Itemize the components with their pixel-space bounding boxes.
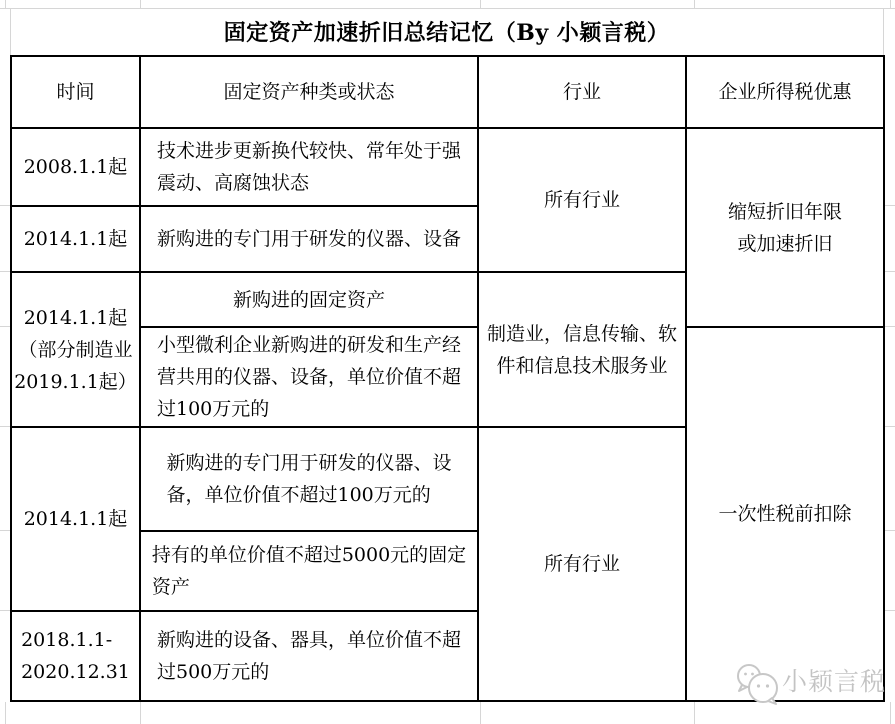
cell-text: 所有行业 [544, 548, 620, 580]
cell-time-2008: 2008.1.1起 [11, 128, 140, 206]
col-header-industry: 行业 [478, 56, 686, 128]
gridline [885, 530, 895, 531]
gridline [0, 530, 10, 531]
cell-text: 持有的单位价值不超过5000元的固定 资产 [152, 539, 466, 603]
cell-text: 缩短折旧年限 或加速折旧 [728, 196, 842, 260]
gridline [885, 610, 895, 611]
cell-text: 技术进步更新换代较快、常年处于强 震动、高腐蚀状态 [157, 135, 461, 199]
gridline [140, 702, 141, 724]
cell-text: 2014.1.1起 [24, 223, 128, 255]
cell-asset-small-company: 小型微利企业新购进的研发和生产经 营共用的仪器、设备，单位价值不超 过100万元… [140, 327, 478, 427]
cell-text: 新购进的固定资产 [233, 284, 385, 316]
cell-text: 2014.1.1起 （部分制造业 2019.1.1起） [14, 302, 137, 398]
table-title: 固定资产加速折旧总结记忆（By 小颖言税） [10, 8, 883, 55]
gridline [885, 271, 895, 272]
gridline [890, 702, 891, 724]
cell-time-2018-2020: 2018.1.1- 2020.12.31 [11, 611, 140, 701]
cell-text: 新购进的专门用于研发的仪器、设备 [157, 223, 461, 255]
cell-asset-under-5000: 持有的单位价值不超过5000元的固定 资产 [140, 531, 478, 611]
gridline [5, 0, 6, 8]
cell-time-2014-a: 2014.1.1起 [11, 206, 140, 272]
col-header-time: 时间 [11, 56, 140, 128]
col-header-asset: 固定资产种类或状态 [140, 56, 478, 128]
cell-industry-mfg-it: 制造业，信息传输、软 件和信息技术服务业 [478, 272, 686, 427]
gridline [0, 610, 10, 611]
cell-text: 2014.1.1起 [24, 503, 128, 535]
col-header-industry-label: 行业 [563, 76, 601, 108]
gridline [0, 426, 10, 427]
cell-asset-tech-obsolete: 技术进步更新换代较快、常年处于强 震动、高腐蚀状态 [140, 128, 478, 206]
header-row: 时间 固定资产种类或状态 行业 企业所得税优惠 [11, 56, 884, 128]
cell-text: 新购进的设备、器具，单位价值不超 过500万元的 [157, 624, 461, 688]
cell-benefit-onetime: 一次性税前扣除 [686, 327, 884, 701]
gridline [885, 205, 895, 206]
cell-text: 2008.1.1起 [24, 151, 128, 183]
gridline [0, 271, 10, 272]
gridline [694, 702, 695, 724]
cell-time-2014-b: 2014.1.1起 [11, 427, 140, 611]
cell-asset-rd-equipment: 新购进的专门用于研发的仪器、设备 [140, 206, 478, 272]
gridline [140, 0, 141, 8]
gridline [0, 326, 10, 327]
gridline [885, 426, 895, 427]
cell-text: 新购进的专门用于研发的仪器、设 备，单位价值不超过100万元的 [166, 447, 451, 511]
cell-text: 2018.1.1- 2020.12.31 [21, 624, 130, 688]
cell-industry-all-top: 所有行业 [478, 128, 686, 272]
cell-time-2014-mfg: 2014.1.1起 （部分制造业 2019.1.1起） [11, 272, 140, 427]
col-header-benefit-label: 企业所得税优惠 [718, 76, 851, 108]
gridline [883, 8, 884, 55]
table-row: 2008.1.1起 技术进步更新换代较快、常年处于强 震动、高腐蚀状态 所有行业… [11, 128, 884, 206]
gridline [5, 702, 6, 724]
cell-text: 小型微利企业新购进的研发和生产经 营共用的仪器、设备，单位价值不超 过100万元… [157, 329, 461, 425]
gridline [890, 0, 891, 8]
col-header-benefit: 企业所得税优惠 [686, 56, 884, 128]
depreciation-table: 时间 固定资产种类或状态 行业 企业所得税优惠 2008.1.1起 技术进步更新… [10, 55, 885, 702]
cell-text: 制造业，信息传输、软 件和信息技术服务业 [487, 318, 677, 382]
col-header-asset-label: 固定资产种类或状态 [223, 76, 394, 108]
gridline [480, 702, 481, 724]
table-row: 小型微利企业新购进的研发和生产经 营共用的仪器、设备，单位价值不超 过100万元… [11, 327, 884, 427]
col-header-time-label: 时间 [56, 76, 94, 108]
gridline [694, 0, 695, 8]
cell-text: 一次性税前扣除 [718, 498, 851, 530]
cell-asset-new-fixed: 新购进的固定资产 [140, 272, 478, 327]
cell-asset-rd-under-1m: 新购进的专门用于研发的仪器、设 备，单位价值不超过100万元的 [140, 427, 478, 531]
gridline [0, 205, 10, 206]
gridline [885, 326, 895, 327]
spreadsheet-canvas: 固定资产加速折旧总结记忆（By 小颖言税） 时间 固定资产种类或状态 行业 企业… [0, 0, 895, 724]
cell-asset-under-5m: 新购进的设备、器具，单位价值不超 过500万元的 [140, 611, 478, 701]
gridline [480, 0, 481, 8]
cell-text: 所有行业 [544, 184, 620, 216]
cell-industry-all-bottom: 所有行业 [478, 427, 686, 701]
cell-benefit-shorten: 缩短折旧年限 或加速折旧 [686, 128, 884, 327]
